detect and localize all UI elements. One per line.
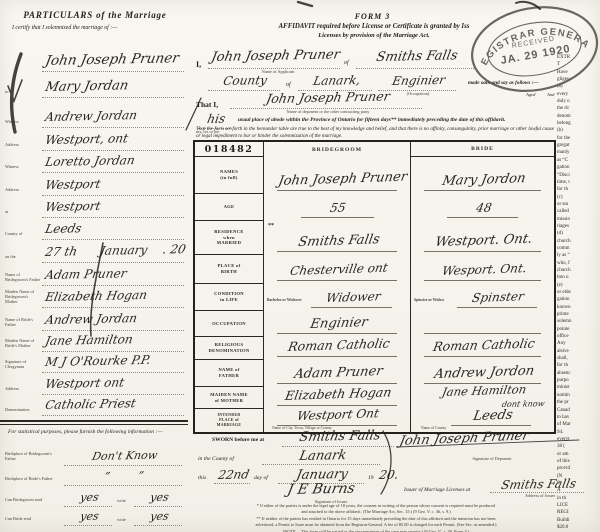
row-label: RESIDENCE when MARRIED: [195, 221, 264, 255]
stats-label: Birthplace of Bridegroom's Father: [5, 452, 61, 462]
underline: Leeds: [42, 220, 184, 240]
left-row-label: to: [5, 90, 41, 95]
underline: Don't Know: [64, 447, 182, 466]
underline: Chesterville ont: [277, 262, 397, 281]
deponent-name-underline: John Joseph Pruner: [230, 90, 422, 109]
divider-rule: [0, 420, 188, 422]
underline: yes: [64, 507, 112, 526]
left-row-date: on the 27 th January . 20: [4, 242, 185, 263]
deponent-signature-label: Signature of Deponent: [432, 457, 552, 462]
left-row-value: Westport, ont: [44, 131, 129, 147]
stats-mid-label: write: [117, 498, 126, 503]
table-row-occupation: OCCUPATION Enginier: [195, 311, 554, 337]
bridegroom-header: BRIDEGROOM: [264, 142, 411, 157]
left-row-label: at: [5, 210, 41, 215]
abode-text: usual place of abode within the Province…: [238, 117, 552, 123]
stamp-graphic: REGISTRAR GENERAL RECEIVED JA. 29 1920: [460, 0, 600, 107]
day-value: 22nd: [217, 467, 250, 482]
his-word: his: [206, 112, 226, 126]
footnotes: * If either of the parties is under the …: [196, 503, 556, 532]
stats-row-bride-father-birthplace: Birthplace of Bride's Father ” ”: [4, 468, 187, 486]
underline: Loretto Jordan: [42, 153, 184, 173]
underline: Mary Jordon: [424, 172, 541, 191]
sworn-county: Lanark: [298, 448, 348, 464]
divider-rule-2: [0, 424, 188, 425]
underline: Elizabeth Hogan: [277, 387, 397, 406]
left-row-groom-name: John Joseph Pruner: [4, 48, 185, 72]
bride-value: 48: [475, 200, 493, 215]
stats-value: yes: [79, 510, 100, 523]
place-sub-label: Name of County: [421, 427, 446, 431]
left-row-value: Andrew Jordan: [44, 108, 138, 124]
applicant-name-underline: John Joseph Pruner: [208, 48, 340, 69]
groom-cell: Roman Catholic: [264, 337, 411, 360]
row-label: INTENDED PLACE of MARRIAGE: [195, 409, 264, 432]
occupation-value: Enginier: [391, 73, 446, 88]
underline: Leeds: [451, 407, 531, 426]
bride-cell: Westport. Ont.: [411, 221, 554, 255]
table-row-birthplace: PLACE of BIRTH Chesterville ont Wesport.…: [195, 255, 554, 284]
underline: 55: [301, 199, 374, 218]
left-row-denomination: Denomination Catholic Priest: [4, 396, 185, 416]
certify-line: I certify that I solemnized the marriage…: [12, 25, 180, 31]
left-row-label: on the: [5, 255, 41, 260]
bride-cell: Jane Hamilton dont know: [411, 387, 554, 409]
stats-value2: yes: [149, 491, 170, 504]
underline: Westport. Ont.: [424, 233, 541, 252]
left-row-clergyman-signature: Signature of Clergyman M J O'Rourke P.P.: [4, 353, 185, 373]
underline: Jane Hamilton: [42, 332, 184, 352]
underline: Westport: [42, 198, 184, 218]
row-label: CONDITION in LIFE: [195, 284, 264, 311]
left-row-married-at: at Westport: [4, 197, 185, 218]
left-row-label: Maiden Name of Bridegroom's Mother: [5, 290, 41, 305]
left-row-value: Westport: [44, 199, 102, 214]
left-row-label: Witness: [5, 165, 41, 170]
underline: Roman Catholic: [424, 338, 541, 357]
left-row-label: Address: [5, 387, 41, 392]
row-label: RELIGIOUS DENOMINATION: [195, 337, 264, 360]
underline: Westport: [42, 176, 184, 196]
deponent-name: John Joseph Pruner: [265, 88, 391, 106]
left-row-label: Witness: [5, 120, 41, 125]
bride-value: Leeds: [472, 408, 514, 424]
left-row-value: John Joseph Pruner: [44, 50, 180, 69]
bride-cell: Leeds Name of County: [411, 409, 554, 432]
of-word: of: [344, 60, 349, 66]
underline: Enginier: [277, 315, 397, 334]
applicant-name: John Joseph Pruner: [210, 47, 341, 65]
sworn-place: Smiths Falls: [298, 428, 382, 445]
underline: Roman Catholic: [277, 338, 397, 357]
stats-value: Don't Know: [91, 449, 159, 463]
groom-cell: Bachelor or Widower Widower: [264, 284, 411, 311]
stats-mid-label: write: [117, 517, 126, 522]
row-label: PLACE of BIRTH: [195, 255, 264, 284]
table-row-age: AGE 55 48: [195, 194, 554, 221]
county-value: Lanark,: [312, 73, 362, 88]
serial-cell: 018482: [195, 142, 264, 157]
table-header-row: 018482 BRIDEGROOM BRIDE: [195, 142, 554, 157]
table-row-condition: CONDITION in LIFE Bachelor or Widower Wi…: [195, 284, 554, 311]
condition-sub-label: Spinster or Widow: [414, 299, 444, 303]
underline: Andrew Jordan: [42, 311, 184, 331]
underline: Westport Ont: [277, 407, 397, 426]
underline: John Joseph Pruner: [42, 52, 184, 72]
bride-header: BRIDE: [411, 142, 554, 157]
underline: Adam Pruner: [277, 365, 397, 384]
bride-cell: Wesport. Ont.: [411, 255, 554, 284]
stats-label: Birthplace of Bride's Father: [5, 477, 61, 482]
underline: M J O'Rourke P.P.: [42, 353, 184, 373]
value-holder: Jane Hamilton: [424, 383, 541, 401]
in-county-label: in the County of: [198, 456, 234, 462]
day-of-label: day of: [254, 475, 268, 481]
groom-cell: Adam Pruner: [264, 360, 411, 387]
groom-value: Adam Pruner: [293, 364, 384, 382]
sworn-county-underline: Lanark: [262, 447, 380, 465]
row-label: MAIDEN NAME of MOTHER: [195, 387, 264, 409]
bride-cell: 48: [411, 194, 554, 221]
serial-number: 018482: [205, 144, 254, 155]
left-row-witness2: Witness Loretto Jordan: [4, 152, 185, 173]
underline: Westport ont: [42, 375, 184, 395]
underline: Smiths Falls: [277, 233, 397, 252]
groom-value: Roman Catholic: [287, 335, 391, 354]
deponent-name-label: Name of deponent or the other contractin…: [248, 110, 408, 115]
left-row-value: M J O'Rourke P.P.: [44, 353, 152, 369]
line2-of-word: of: [286, 82, 291, 88]
bride-value: Mary Jordon: [441, 171, 527, 189]
groom-value: Westport Ont: [296, 406, 380, 423]
left-row-value: Adam Pruner: [44, 266, 128, 282]
groom-value: Elizabeth Hogan: [284, 384, 393, 403]
underline: Elizabeth Hogan: [42, 288, 184, 308]
bride-cell: Roman Catholic: [411, 337, 554, 360]
left-row-value: 27 th January . 20: [44, 242, 187, 259]
stats-heading: For statistical purposes, please furnish…: [8, 429, 184, 436]
underline: Catholic Priest: [42, 396, 184, 416]
left-row-bride-name: to Mary Jordan: [4, 76, 185, 98]
left-row-value: Mary Jordan: [44, 78, 130, 95]
marriage-table: 018482 BRIDEGROOM BRIDE NAMES (in full) …: [193, 140, 556, 434]
groom-value: 55: [329, 200, 347, 215]
table-row-names: NAMES (in full) John Joseph Pruner Mary …: [195, 157, 554, 194]
that-i-word: That I,: [196, 100, 218, 109]
marriage-affidavit-document: PARTICULARS of the Marriage I certify th…: [0, 0, 600, 532]
applicant-place: Smiths Falls: [375, 48, 459, 65]
condition-sub-label: Bachelor or Widower: [267, 299, 302, 303]
left-row-witness1-address: Address Westport, ont: [4, 130, 185, 151]
underline: Widower: [311, 289, 393, 308]
underline: Mary Jordan: [42, 78, 184, 98]
row-label: NAME of FATHER: [195, 360, 264, 387]
stats-label: Can Bride read: [5, 517, 61, 522]
bride-value: Roman Catholic: [432, 335, 536, 354]
left-row-value: Jane Hamilton: [44, 332, 134, 348]
row-label: AGE: [195, 194, 264, 221]
underline: yes: [64, 488, 112, 507]
underline: 27 th January . 20: [42, 243, 184, 263]
underline: ” ”: [64, 467, 182, 486]
this-label: this: [198, 475, 206, 481]
underline: John Joseph Pruner: [277, 172, 397, 191]
bride-value: Jane Hamilton: [441, 382, 527, 399]
i-word: I,: [196, 60, 201, 69]
underline: Adam Pruner: [42, 266, 184, 286]
underline: Westport, ont: [42, 131, 184, 151]
left-row-witness2-address: Address Westport: [4, 175, 185, 196]
left-row-label: Address: [5, 188, 41, 193]
left-row-bride-father: Name of Bride's Father Andrew Jordan: [4, 310, 185, 331]
bride-cell: Spinster or Widow Spinster: [411, 284, 554, 311]
left-row-county: County of Leeds: [4, 219, 185, 240]
row-label: OCCUPATION: [195, 311, 264, 337]
left-row-value: Elizabeth Hogan: [44, 288, 148, 304]
bride-cell: Mary Jordon: [411, 157, 554, 194]
groom-value: Smiths Falls: [297, 232, 381, 250]
left-row-witness1: Witness Andrew Jordan: [4, 106, 185, 128]
groom-cell: Elizabeth Hogan: [264, 387, 411, 409]
issuer-at-label: Issuer of Marriage Licenses at: [404, 487, 470, 493]
underline: [424, 315, 541, 334]
left-row-clergyman-address: Address Westport ont: [4, 375, 185, 395]
left-row-label: Name of Bride's Father: [5, 318, 41, 328]
row-label: NAMES (in full): [195, 157, 264, 194]
left-row-value: Westport ont: [44, 375, 126, 391]
underline: Wesport. Ont.: [424, 262, 541, 281]
bride-value: Spinster: [471, 289, 525, 305]
stats-row-groom-father-birthplace: Birthplace of Bridegroom's Father Don't …: [4, 446, 187, 466]
left-row-label: Denomination: [5, 408, 41, 413]
left-row-label: Address: [5, 143, 41, 148]
facts-paragraph: That the facts set forth in the hereunde…: [196, 126, 554, 140]
line2-word: County: [222, 73, 268, 88]
form-number: FORM 3: [280, 12, 465, 21]
day-underline: 22nd: [214, 466, 250, 484]
stats-value: yes: [79, 491, 100, 504]
stats-label: Can Bridegroom read: [5, 498, 61, 503]
issuer-signature: J E Burns: [286, 481, 356, 498]
groom-cell: Enginier: [264, 311, 411, 337]
left-row-label: County of: [5, 232, 41, 237]
groom-cell: Chesterville ont: [264, 255, 411, 284]
left-row-value: Loretto Jordan: [44, 153, 136, 169]
table-row-residence: RESIDENCE when MARRIED ** Smiths Falls W…: [195, 221, 554, 255]
left-row-label: Signature of Clergyman: [5, 360, 41, 370]
groom-value: Widower: [325, 289, 382, 305]
left-row-value: Westport: [44, 177, 102, 192]
year-19-label: 19: [368, 475, 374, 481]
year-value: 20.: [378, 468, 400, 482]
bride-value: Wesport. Ont.: [441, 261, 528, 278]
underline: Andrew Jordan: [42, 108, 184, 128]
left-row-label: Maiden Name of Bride's Mother: [5, 339, 41, 349]
stats-row-groom-read-write: Can Bridegroom read yes write yes: [4, 489, 187, 507]
bride-value: Andrew Jordon: [433, 364, 535, 382]
asterisk-mark: **: [268, 223, 274, 229]
groom-value: Chesterville ont: [289, 261, 389, 278]
left-row-groom-mother: Maiden Name of Bridegroom's Mother Eliza…: [4, 287, 185, 308]
applicant-place-underline: Smiths Falls: [356, 48, 474, 69]
stats-row-bride-read-write: Can Bride read yes write yes: [4, 508, 187, 526]
underline: yes: [134, 488, 182, 507]
line2-word-underline: County: [208, 72, 280, 91]
underline: Spinster: [457, 289, 537, 308]
groom-value: John Joseph Pruner: [277, 170, 408, 189]
stamp-date-text: JA. 29 1920: [500, 43, 572, 67]
particulars-title: PARTICULARS of the Marriage: [6, 10, 184, 20]
groom-cell: 55: [264, 194, 411, 221]
left-row-value: Andrew Jordan: [44, 311, 138, 327]
stats-value2: yes: [149, 510, 170, 523]
stats-value: ” ”: [103, 469, 145, 483]
groom-value: Enginier: [309, 315, 369, 332]
table-row-religion: RELIGIOUS DENOMINATION Roman Catholic Ro…: [195, 337, 554, 360]
underline: 48: [447, 199, 519, 218]
sworn-place-underline: Smiths Falls: [282, 428, 394, 447]
groom-cell: John Joseph Pruner: [264, 157, 411, 194]
underline: Andrew Jordon: [424, 365, 541, 384]
left-row-groom-father: Name of Bridegroom's Father Adam Pruner: [4, 265, 185, 286]
right-page-clipped-text: EXTR T Have gligeu (a) every duly o the …: [557, 54, 599, 528]
bride-cell: [411, 311, 554, 337]
sworn-before-label: SWORN before me at: [212, 437, 264, 443]
groom-cell: ** Smiths Falls: [264, 221, 411, 255]
left-row-bride-mother: Maiden Name of Bride's Mother Jane Hamil…: [4, 332, 185, 352]
left-row-value: Leeds: [44, 221, 83, 236]
bride-value: Westport. Ont.: [434, 232, 533, 250]
underline: yes: [134, 507, 182, 526]
left-row-label: Name of Bridegroom's Father: [5, 273, 41, 283]
left-row-value: Catholic Priest: [44, 396, 137, 412]
